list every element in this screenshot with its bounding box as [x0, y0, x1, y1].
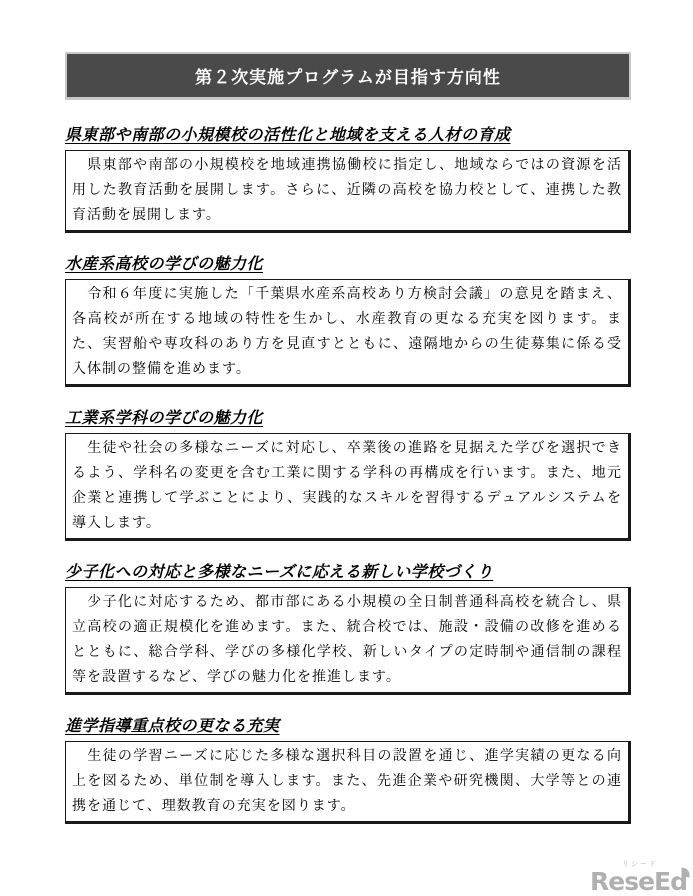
section-body-text: 生徒の学習ニーズに応じた多様な選択科目の設置を通じ、進学実績の更なる向上を図るた…	[72, 744, 622, 819]
section-industrial-departments: 工業系学科の学びの魅力化 生徒や社会の多様なニーズに対応し、卒業後の進路を見据え…	[65, 407, 631, 541]
section-academic-focus-schools: 進学指導重点校の更なる充実 生徒の学習ニーズに応じた多様な選択科目の設置を通じ、…	[65, 715, 631, 824]
section-text-box: 県東部や南部の小規模校を地域連携協働校に指定し、地域ならではの資源を活用した教育…	[65, 150, 631, 233]
leaf-icon	[680, 867, 690, 877]
section-body-text: 少子化に対応するため、都市部にある小規模の全日制普通科高校を統合し、県立高校の適…	[72, 590, 622, 690]
section-text-box: 令和６年度に実施した「千葉県水産系高校あり方検討会議」の意見を踏まえ、各高校が所…	[65, 279, 631, 387]
section-new-schools: 少子化への対応と多様なニーズに応える新しい学校づくり 少子化に対応するため、都市…	[65, 561, 631, 695]
section-fisheries-schools: 水産系高校の学びの魅力化 令和６年度に実施した「千葉県水産系高校あり方検討会議」…	[65, 253, 631, 387]
section-heading: 進学指導重点校の更なる充実	[65, 715, 631, 737]
page-title: 第２次実施プログラムが目指す方向性	[195, 63, 501, 88]
document-page: 第２次実施プログラムが目指す方向性 県東部や南部の小規模校の活性化と地域を支える…	[0, 0, 693, 896]
title-banner: 第２次実施プログラムが目指す方向性	[65, 52, 631, 100]
section-body-text: 県東部や南部の小規模校を地域連携協働校に指定し、地域ならではの資源を活用した教育…	[72, 153, 622, 228]
section-body-text: 生徒や社会の多様なニーズに対応し、卒業後の進路を見据えた学びを選択できるよう、学…	[72, 436, 622, 536]
section-text-box: 生徒や社会の多様なニーズに対応し、卒業後の進路を見据えた学びを選択できるよう、学…	[65, 433, 631, 541]
section-text-box: 少子化に対応するため、都市部にある小規模の全日制普通科高校を統合し、県立高校の適…	[65, 587, 631, 695]
logo-wordmark: ReseEd	[590, 869, 687, 894]
section-heading: 少子化への対応と多様なニーズに応える新しい学校づくり	[65, 561, 631, 583]
section-heading: 県東部や南部の小規模校の活性化と地域を支える人材の育成	[65, 124, 631, 146]
section-heading: 工業系学科の学びの魅力化	[65, 407, 631, 429]
section-heading: 水産系高校の学びの魅力化	[65, 253, 631, 275]
section-text-box: 生徒の学習ニーズに応じた多様な選択科目の設置を通じ、進学実績の更なる向上を図るた…	[65, 741, 631, 824]
section-body-text: 令和６年度に実施した「千葉県水産系高校あり方検討会議」の意見を踏まえ、各高校が所…	[72, 282, 622, 382]
reseed-watermark-logo: リシード ReseEd	[590, 861, 687, 894]
section-small-schools: 県東部や南部の小規模校の活性化と地域を支える人材の育成 県東部や南部の小規模校を…	[65, 124, 631, 233]
